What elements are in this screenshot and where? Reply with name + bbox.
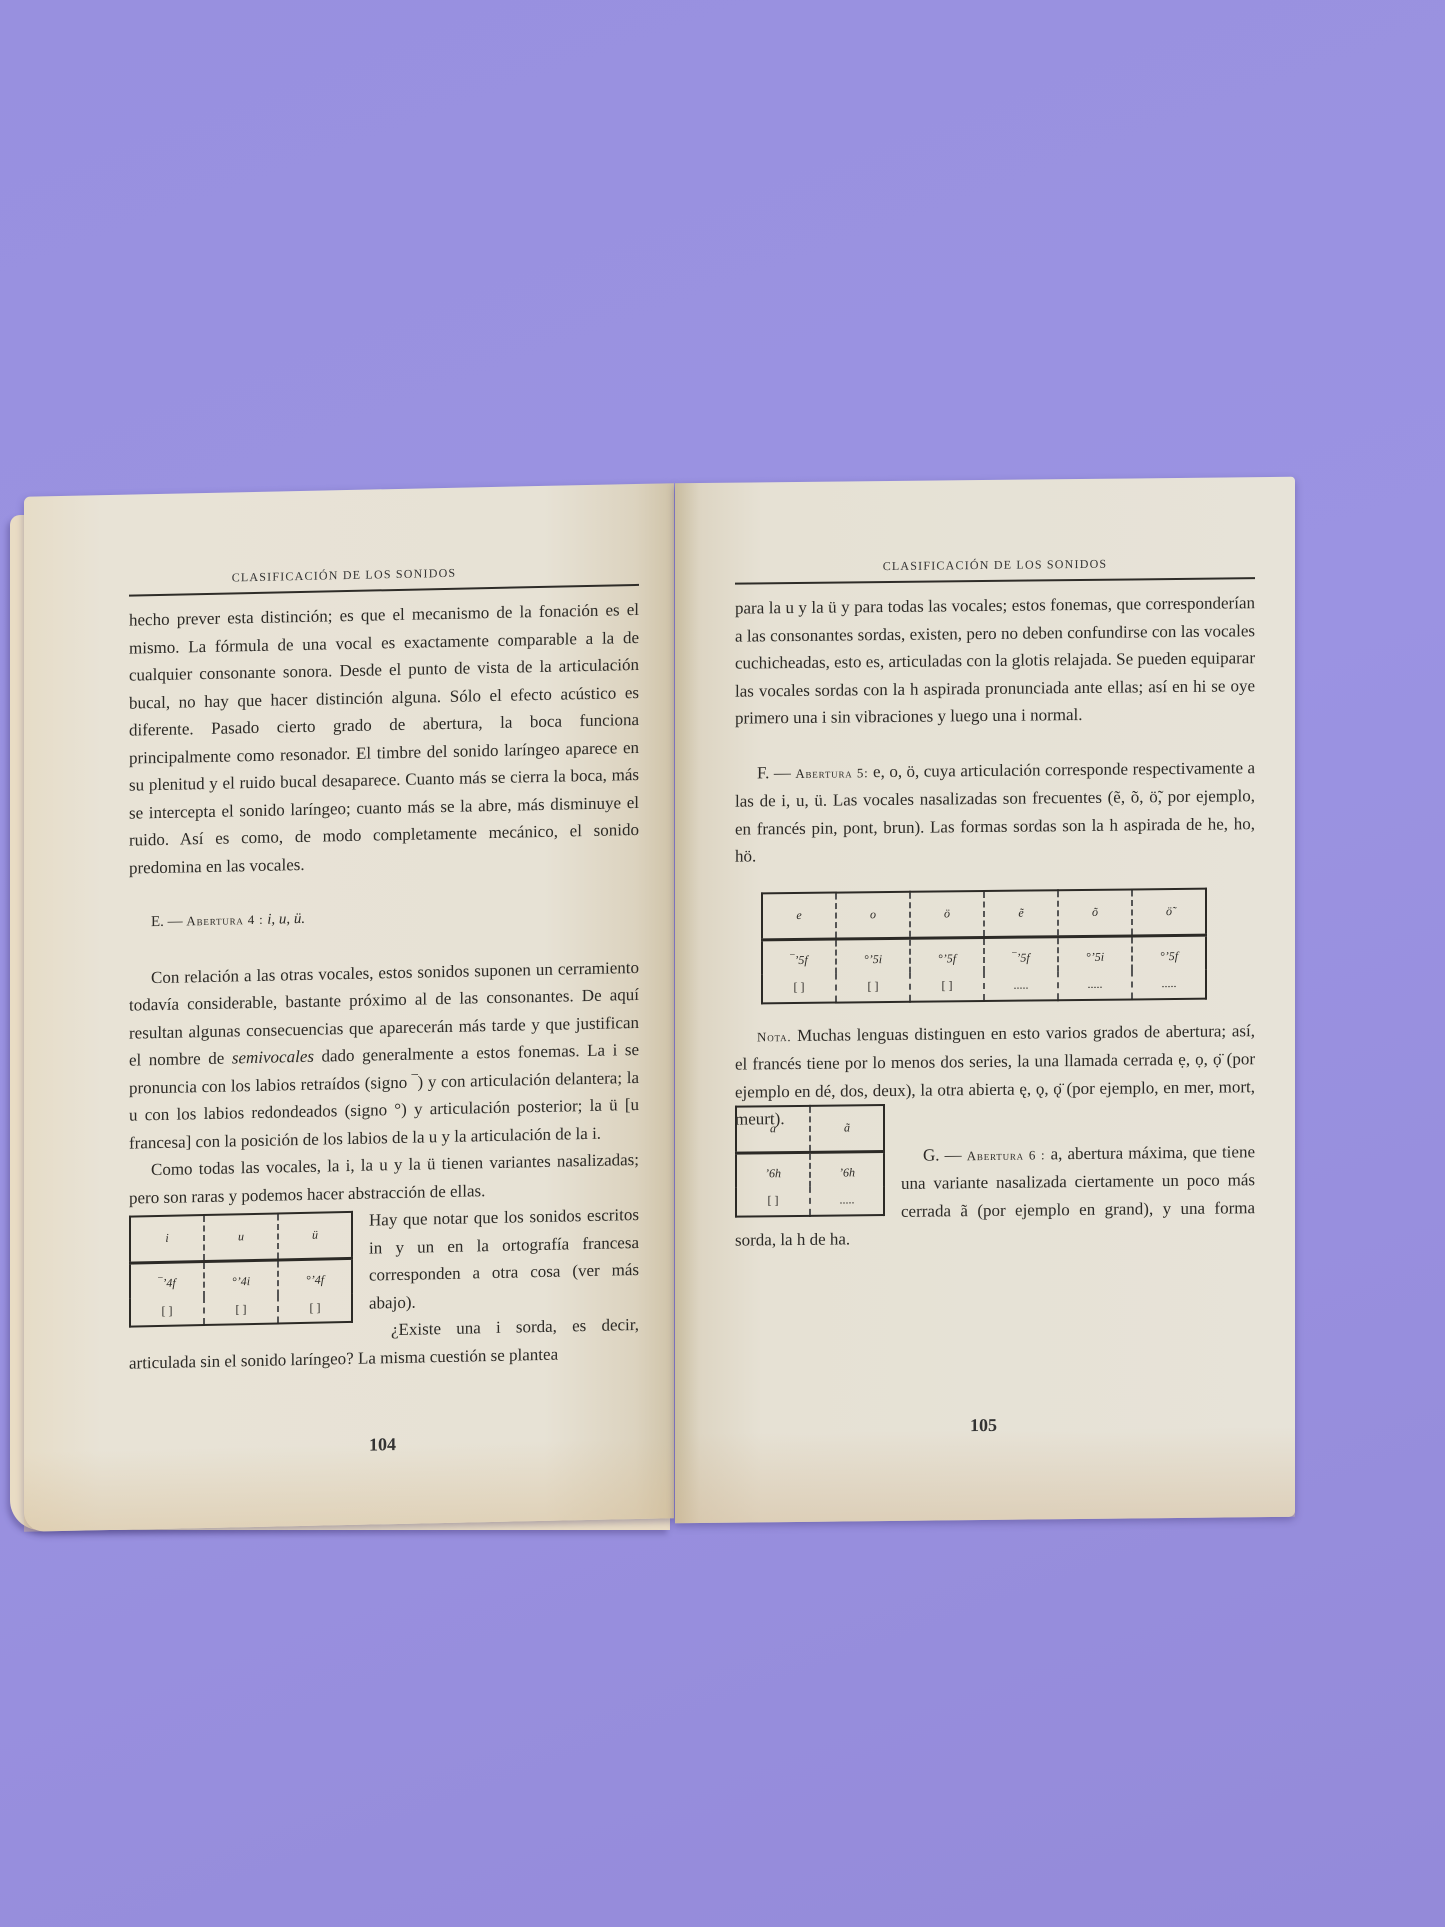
table-cell: °ʼ4i <box>204 1260 278 1297</box>
table-cell: ‾ʼ4f <box>130 1262 204 1299</box>
table-header-cell: ö <box>910 891 984 938</box>
section-label: Abertura 4 : <box>186 912 263 929</box>
table-cell: ..... <box>810 1186 884 1215</box>
header-rule <box>735 577 1255 584</box>
right-page-body: para la u y la ü y para todas las vocale… <box>735 589 1255 1254</box>
table-cell: ‾ʼ5f <box>762 939 836 975</box>
table-header-cell: ã <box>810 1105 884 1152</box>
table-header-cell: õ <box>1058 889 1132 936</box>
table-header-cell: ẽ <box>984 890 1058 937</box>
table-cell: °ʼ5f <box>1132 935 1206 971</box>
table-header-cell: ö̃ <box>1132 888 1206 935</box>
table-cell: ʼ6h <box>810 1151 884 1187</box>
left-page-body: hecho prever esta distinción; es que el … <box>129 596 639 1377</box>
vowel-table-abertura-5: e o ö ẽ õ ö̃ ‾ʼ5f °ʼ5i °ʼ5f ‾ʼ5f °ʼ5i °ʼ… <box>761 887 1255 1004</box>
running-header: Clasificación de los sonidos <box>84 563 604 589</box>
nota-label: Nota. <box>757 1029 791 1044</box>
paragraph: hecho prever esta distinción; es que el … <box>129 596 639 882</box>
table-cell: [ ] <box>910 972 984 1001</box>
section-f: F. — Abertura 5: e, o, ö, cuya articulac… <box>735 754 1255 870</box>
table-cell: ʼ6h <box>736 1152 810 1188</box>
open-book: Clasificación de los sonidos hecho preve… <box>10 485 1290 1550</box>
section-letter: E. — <box>151 913 183 930</box>
page-number: 105 <box>970 1415 997 1436</box>
table-header-cell: u <box>204 1213 278 1261</box>
table-cell: ..... <box>984 971 1058 1000</box>
table-cell: [ ] <box>278 1293 352 1323</box>
table-header-cell: e <box>762 892 836 939</box>
table-header-cell: i <box>130 1215 204 1263</box>
table-cell: [ ] <box>204 1295 278 1325</box>
emphasis: semivocales <box>232 1047 314 1068</box>
table-cell: [ ] <box>836 973 910 1002</box>
table-cell: °ʼ5i <box>836 938 910 974</box>
section-letter: G. — <box>923 1145 962 1164</box>
table-cell: [ ] <box>736 1187 810 1216</box>
paragraph: para la u y la ü y para todas las vocale… <box>735 589 1255 732</box>
left-page: Clasificación de los sonidos hecho preve… <box>24 483 674 1532</box>
table-cell: [ ] <box>130 1297 204 1327</box>
table-cell: °ʼ5f <box>910 937 984 973</box>
section-vowels: i, u, ü. <box>267 911 305 928</box>
table-cell: ‾ʼ5f <box>984 936 1058 972</box>
section-letter: F. — <box>757 763 791 782</box>
table-cell: [ ] <box>762 974 836 1003</box>
table-cell: ..... <box>1058 970 1132 999</box>
page-number: 104 <box>369 1434 396 1456</box>
vowel-table-abertura-4: i u ü ‾ʼ4f °ʼ4i °ʼ4f [ ] [ ] [ ] <box>129 1211 353 1328</box>
table-cell: °ʼ5i <box>1058 935 1132 971</box>
running-header: Clasificación de los sonidos <box>735 555 1255 575</box>
paragraph: Con relación a las otras vocales, estos … <box>129 953 639 1156</box>
table-header-cell: o <box>836 891 910 938</box>
table-header-cell: ü <box>278 1212 352 1260</box>
table-cell: °ʼ4f <box>278 1258 352 1295</box>
section-label: Abertura 6 : <box>967 1147 1046 1163</box>
right-page: Clasificación de los sonidos para la u y… <box>675 477 1295 1523</box>
section-label: Abertura 5: <box>795 765 868 781</box>
table-cell: ..... <box>1132 970 1206 999</box>
